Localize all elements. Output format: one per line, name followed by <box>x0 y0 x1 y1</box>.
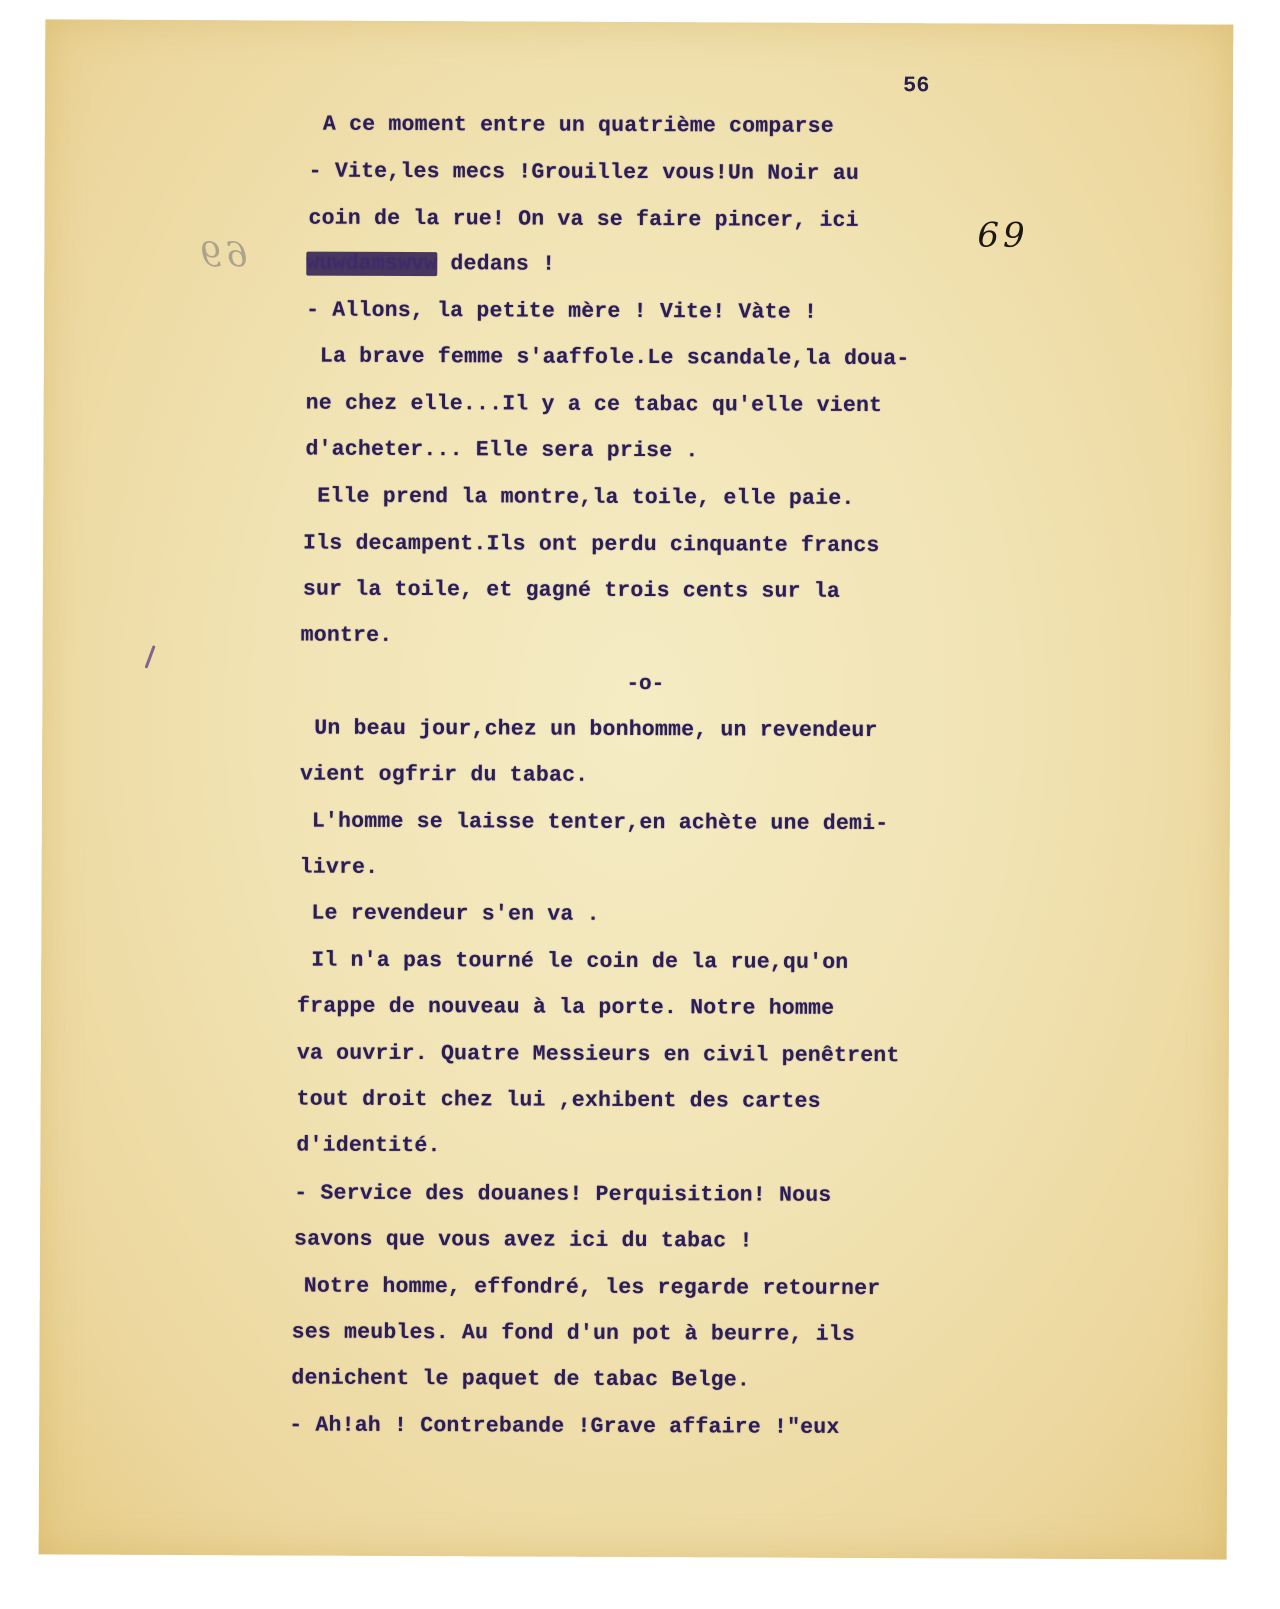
text-line: denichent le paquet de tabac Belge. <box>291 1367 750 1393</box>
text-line: Le revendeur s'en va . <box>311 902 599 927</box>
text-line: ne chez elle...Il y a ce tabac qu'elle v… <box>306 392 883 419</box>
text-line: Elle prend la montre,la toile, elle paie… <box>317 485 854 511</box>
text-line: va ouvrir. Quatre Messieurs en civil pen… <box>297 1042 900 1069</box>
typewritten-page: 56 69 69 A ce moment entre un quatrième … <box>39 19 1234 1559</box>
text-line: coin de la rue! On va se faire pincer, i… <box>308 207 858 233</box>
text-fragment: dedans ! <box>437 252 555 277</box>
text-line: La brave femme s'aaffole.Le scandale,la … <box>320 345 910 372</box>
text-line: Il n'a pas tourné le coin de la rue,qu'o… <box>311 949 848 975</box>
struck-out-text: wuwdamswvw <box>306 252 437 277</box>
text-line: Un beau jour,chez un bonhomme, un revend… <box>314 717 877 743</box>
text-line: savons que vous avez ici du tabac ! <box>294 1228 753 1254</box>
text-line: Ils decampent.Ils ont perdu cinquante fr… <box>303 532 880 559</box>
body-text: A ce moment entre un quatrième comparse … <box>39 19 1234 1559</box>
text-line: vient ogfrir du tabac. <box>300 763 588 788</box>
text-line: L'homme se laisse tenter,en achète une d… <box>312 810 889 837</box>
text-line: d'acheter... Elle sera prise . <box>305 438 698 464</box>
text-line: montre. <box>301 624 393 648</box>
section-separator: -o- <box>626 673 664 696</box>
text-line: tout droit chez lui ,exhibent des cartes <box>297 1088 821 1114</box>
text-line: frappe de nouveau à la porte. Notre homm… <box>297 995 834 1021</box>
text-line: - Ah!ah ! Contrebande !Grave affaire !"e… <box>289 1413 839 1439</box>
text-line: Notre homme, effondré, les regarde retou… <box>304 1275 881 1302</box>
text-line-with-strikeout: wuwdamswvw dedans ! <box>306 252 555 277</box>
text-line: livre. <box>300 856 379 880</box>
text-line: - Service des douanes! Perquisition! Nou… <box>294 1182 831 1208</box>
text-line: A ce moment entre un quatrième comparse <box>323 113 834 139</box>
text-line: d'identité. <box>296 1134 440 1159</box>
text-line: ses meubles. Au fond d'un pot à beurre, … <box>292 1321 855 1347</box>
text-line: sur la toile, et gagné trois cents sur l… <box>303 578 840 604</box>
text-line: - Allons, la petite mère ! Vite! Vàte ! <box>306 299 817 325</box>
text-line: - Vite,les mecs !Grouillez vous!Un Noir … <box>309 160 859 186</box>
